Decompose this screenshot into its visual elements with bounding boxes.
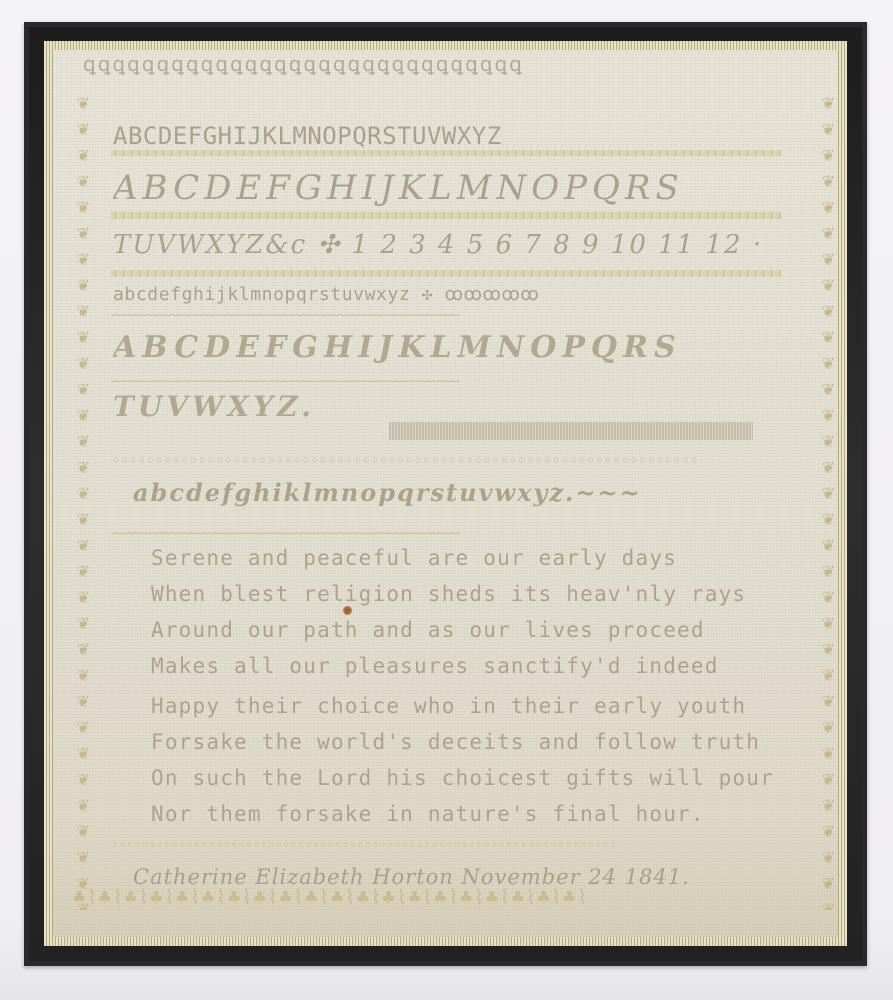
alphabet-row-lowercase: abcdefghijklmnopqrstuvwxyz ✣ ꝏꝏꝏꝏꝏ <box>113 284 778 305</box>
chain-border-1: ◦◦◦◦◦◦◦◦◦◦◦◦◦◦◦◦◦◦◦◦◦◦◦◦◦◦◦◦◦◦◦◦◦◦◦◦◦◦◦◦… <box>111 450 781 472</box>
bottom-floral-border: ♣⌇♣⌇♣⌇♣⌇♣⌇♣⌇♣⌇♣⌇♣⌇♣⌇♣⌇♣⌇♣⌇♣⌇♣⌇♣⌇♣⌇♣⌇♣⌇♣⌇ <box>73 887 833 927</box>
chain-border-2: ◦◦◦◦◦◦◦◦◦◦◦◦◦◦◦◦◦◦◦◦◦◦◦◦◦◦◦◦◦◦◦◦◦◦◦◦◦◦◦◦… <box>111 838 781 854</box>
divider-band-3 <box>111 270 781 277</box>
picture-frame: ꝗꝗꝗꝗꝗꝗꝗꝗꝗꝗꝗꝗꝗꝗꝗꝗꝗꝗꝗꝗꝗꝗꝗꝗꝗꝗꝗꝗꝗꝗ ❦❦❦❦❦❦❦❦❦… <box>24 22 867 966</box>
verse-line-4: Makes all our pleasures sanctify'd indee… <box>151 654 791 678</box>
alphabet-row-block-caps: ABCDEFGHIJKLMNOPQRSTUVWXYZ <box>113 122 778 150</box>
alphabet-row-italic-caps-a: ABCDEFGHIJKLMNOPQRS <box>113 330 778 365</box>
verse-line-6: Forsake the world's deceits and follow t… <box>151 730 791 754</box>
alphabet-row-italic-caps-b: TUVWXYZ. <box>113 390 383 423</box>
divider-band-2 <box>111 212 781 219</box>
foxing-stain <box>343 606 352 615</box>
stitched-filler-band <box>389 422 753 440</box>
left-vine-border: ❦❦❦❦❦❦❦❦❦❦❦❦❦❦❦❦❦❦❦❦❦❦❦❦❦❦❦❦❦❦❦❦❦❦ <box>53 90 93 910</box>
wave-border-2: ∽∽∽∽∽∽∽∽∽∽∽∽∽∽∽∽∽∽∽∽∽∽∽∽∽∽∽∽∽∽∽∽∽∽∽∽∽∽∽∽… <box>111 376 781 386</box>
alphabet-row-script-caps-b-numerals: TUVWXYZ&c ✣ 1 2 3 4 5 6 7 8 9 10 11 12 · <box>113 230 778 260</box>
verse-line-8: Nor them forsake in nature's final hour. <box>151 802 791 826</box>
wave-border-1: ∽∽∽∽∽∽∽∽∽∽∽∽∽∽∽∽∽∽∽∽∽∽∽∽∽∽∽∽∽∽∽∽∽∽∽∽∽∽∽∽… <box>111 310 781 320</box>
verse-line-3: Around our path and as our lives proceed <box>151 618 791 642</box>
verse-line-1: Serene and peaceful are our early days <box>151 546 791 570</box>
signature-line: Catherine Elizabeth Horton November 24 1… <box>133 865 813 889</box>
verse-line-5: Happy their choice who in their early yo… <box>151 694 791 718</box>
divider-band-1 <box>111 150 781 156</box>
verse-line-2: When blest religion sheds its heav'nly r… <box>151 582 791 606</box>
right-vine-border: ❦❦❦❦❦❦❦❦❦❦❦❦❦❦❦❦❦❦❦❦❦❦❦❦❦❦❦❦❦❦❦❦❦❦ <box>798 90 838 910</box>
verse-line-7: On such the Lord his choicest gifts will… <box>151 766 791 790</box>
alphabet-row-italic-lowercase: abcdefghiklmnopqrstuvwxyz.~~~ <box>133 478 798 507</box>
top-floral-border: ꝗꝗꝗꝗꝗꝗꝗꝗꝗꝗꝗꝗꝗꝗꝗꝗꝗꝗꝗꝗꝗꝗꝗꝗꝗꝗꝗꝗꝗꝗ <box>83 54 803 94</box>
alphabet-row-script-caps-a: ABCDEFGHIJKLMNOPQRS <box>113 168 778 208</box>
wave-border-3: ∽∽∽∽∽∽∽∽∽∽∽∽∽∽∽∽∽∽∽∽∽∽∽∽∽∽∽∽∽∽∽∽∽∽∽∽∽∽∽∽… <box>111 528 781 538</box>
sampler-linen: ꝗꝗꝗꝗꝗꝗꝗꝗꝗꝗꝗꝗꝗꝗꝗꝗꝗꝗꝗꝗꝗꝗꝗꝗꝗꝗꝗꝗꝗꝗ ❦❦❦❦❦❦❦❦❦… <box>53 50 838 937</box>
